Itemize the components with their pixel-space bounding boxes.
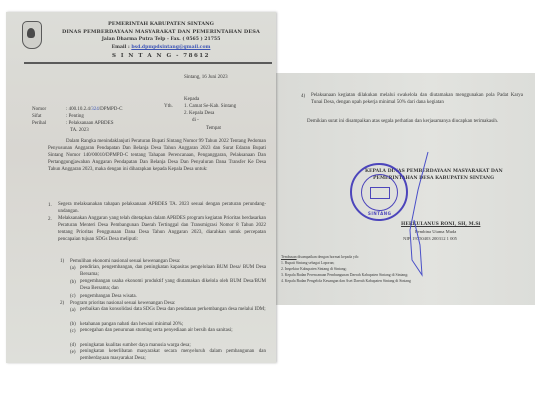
sub-item-number: (b) bbox=[70, 321, 76, 328]
body-intro: Dalam Rangka menindaklanjuti Peraturan B… bbox=[48, 139, 266, 174]
item-text: Melaksanakan Anggaran yang telah ditetap… bbox=[58, 216, 266, 244]
nomor-value: : 400.10.2.4/324/DPMPD-C bbox=[66, 106, 122, 113]
sub-item-text: peningkatan kualitas sumber daya manusia… bbox=[80, 342, 191, 349]
sub-title: Pemulihan ekonomi nasional sesuai kewena… bbox=[70, 258, 180, 265]
cc-label: Tembusan bbox=[281, 255, 297, 259]
email-link[interactable]: bsd.dpmpdsintang@gmail.com bbox=[131, 45, 210, 50]
letterhead-address: Jalan Dharma Putra Telp - Fax. ( 0565 ) … bbox=[52, 36, 270, 44]
letterhead-city: S I N T A N G - 78612 bbox=[52, 52, 270, 60]
sub-item-text: pendirian, pengembangan, dan peningkatan… bbox=[80, 265, 266, 279]
nomor-handwritten: 324 bbox=[91, 107, 99, 112]
regency-emblem-icon bbox=[22, 21, 42, 49]
sub-item-text: peningkatan keterlibatan masyarakat seca… bbox=[80, 349, 266, 363]
sub-item-text: pengembangan usaha ekonomi produktif yan… bbox=[80, 279, 266, 293]
letterhead: PEMERINTAH KABUPATEN SINTANG DINAS PEMBE… bbox=[52, 20, 270, 60]
nomor-label: Nomor bbox=[32, 106, 46, 113]
letterhead-government: PEMERINTAH KABUPATEN SINTANG bbox=[52, 20, 270, 28]
sub-item-number: (a) bbox=[70, 265, 76, 272]
email-label: Email : bbox=[112, 45, 130, 50]
sub-item-text: perbaikan dan konsolidasi data SDGs Desa… bbox=[80, 307, 266, 314]
sub-item-number: (c) bbox=[70, 328, 76, 335]
item-text: Pelaksanaan kegiatan dilakukan melalui s… bbox=[311, 93, 523, 107]
cc-intro: disampaikan dengan hormat kepada yth: bbox=[298, 255, 359, 259]
stamp-inner-ring bbox=[361, 174, 398, 211]
perihal-value-line2: TA. 2023 bbox=[70, 127, 89, 134]
item-number: 1. bbox=[48, 202, 52, 209]
sub-item-number: (a) bbox=[70, 307, 76, 314]
recipient-yth: Yth. bbox=[164, 103, 173, 110]
perihal-value: : Pelaksanaan APBDES bbox=[66, 120, 114, 127]
recipient-kepada: Kepada bbox=[184, 96, 199, 103]
closing-paragraph: Demikian surat ini disampaikan atas sega… bbox=[287, 119, 523, 126]
item-number: 2. bbox=[48, 216, 52, 223]
cc-item: 1. Bupati Sintang sebagai Laporan; bbox=[281, 261, 334, 267]
sub-title: Program prioritas nasional sesuai kewena… bbox=[70, 300, 175, 307]
sub-item-text: pengembangan Desa wisata. bbox=[80, 293, 137, 300]
handwritten-signature-icon bbox=[400, 150, 440, 280]
letterhead-email-row: Email : bsd.dpmpdsintang@gmail.com bbox=[52, 44, 270, 52]
recipient-2: 2. Kepala Desa bbox=[184, 110, 214, 117]
perihal-label: Perihal bbox=[32, 120, 46, 127]
sub-number: 2) bbox=[60, 300, 64, 307]
cc-heading: Tembusan disampaikan dengan hormat kepad… bbox=[281, 255, 359, 261]
cc-item: 2. Inspektur Kabupaten Sintang di Sintan… bbox=[281, 267, 347, 273]
recipient-di: di - bbox=[192, 117, 199, 124]
nomor-suffix: /DPMPD-C bbox=[99, 107, 123, 112]
nomor-prefix: : 400.10.2.4/ bbox=[66, 107, 91, 112]
stamp-text: SINTANG bbox=[368, 211, 391, 216]
sub-item-number: (d) bbox=[70, 342, 76, 349]
item-text: Segera melaksanakan tahapan pelaksanaan … bbox=[58, 202, 266, 216]
recipient-tempat: Tempat bbox=[206, 125, 221, 132]
stamp-emblem bbox=[370, 187, 390, 199]
letter-page-1: PEMERINTAH KABUPATEN SINTANG DINAS PEMBE… bbox=[6, 12, 276, 363]
recipient-1: 1. Camat Se-Kab. Sintang bbox=[184, 103, 236, 110]
letterhead-divider bbox=[24, 62, 272, 64]
sub-item-text: pencegahan dan penurunan stunting serta … bbox=[80, 328, 266, 335]
cc-item: 3. Kepala Badan Perencanaan Pembangunan … bbox=[281, 273, 408, 279]
item-number: 4) bbox=[301, 93, 305, 100]
sub-number: 1) bbox=[60, 258, 64, 265]
sub-item-number: (e) bbox=[70, 349, 76, 356]
letter-date: Sintang, 16 Juni 2023 bbox=[184, 74, 228, 81]
cc-item: 4. Kepala Badan Pengelola Keuangan dan A… bbox=[281, 279, 411, 285]
letterhead-agency: DINAS PEMBERDAYAAN MASYARAKAT DAN PEMERI… bbox=[52, 28, 270, 36]
sifat-value: : Penting bbox=[66, 113, 84, 120]
sub-item-number: (c) bbox=[70, 293, 76, 300]
sub-item-number: (b) bbox=[70, 279, 76, 286]
sifat-label: Sifat bbox=[32, 113, 41, 120]
sub-item-text: ketahanan pangan nabati dan hewani minim… bbox=[80, 321, 183, 328]
